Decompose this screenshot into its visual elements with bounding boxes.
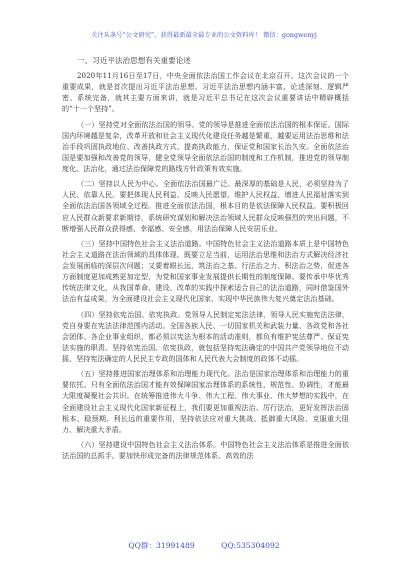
paragraph-intro: 2020年11月16日至17日，中央全面依法治国工作会议在北京召开。这次会议的一… xyxy=(62,70,349,114)
paragraph-point-5: （五）坚持推进国家治理体系和治理能力现代化。法治是国家治理体系和治理能力的重要依… xyxy=(62,368,349,435)
qq-label: QQ:535304092 xyxy=(221,541,280,550)
paragraph-point-3: （三）坚持中国特色社会主义法治道路。中国特色社会主义法治道路本质上是中国特色社会… xyxy=(62,238,349,305)
contact-footer: QQ群：31991489 QQ:535304092 xyxy=(0,540,408,551)
qq-group-label: QQ群：31991489 xyxy=(128,540,194,551)
paragraph-point-2: （二）坚持以人民为中心。全面依法治国最广泛、最深厚的基础是人民，必须坚持为了人民… xyxy=(62,178,349,233)
paragraph-point-1: （一）坚持党对全面依法治国的领导。党的领导是推进全面依法治国的根本保证。国际国内… xyxy=(62,119,349,174)
document-body: 一、习近平法治思想有关重要论述 2020年11月16日至17日，中央全面依法治国… xyxy=(62,55,349,465)
paragraph-point-6: （六）坚持建设中国特色社会主义法治体系。中国特色社会主义法治体系是推进全面依法治… xyxy=(62,439,349,461)
promo-header: 关注头条号“公文研究”，获得最新最全最专业的公文资料库！ 微信：gongweny… xyxy=(0,30,408,39)
paragraph-point-4: （四）坚持依宪治国、依宪执政。党领导人民制定宪法法律，领导人民实施宪法法律，党自… xyxy=(62,309,349,364)
section-title: 一、习近平法治思想有关重要论述 xyxy=(62,55,349,66)
